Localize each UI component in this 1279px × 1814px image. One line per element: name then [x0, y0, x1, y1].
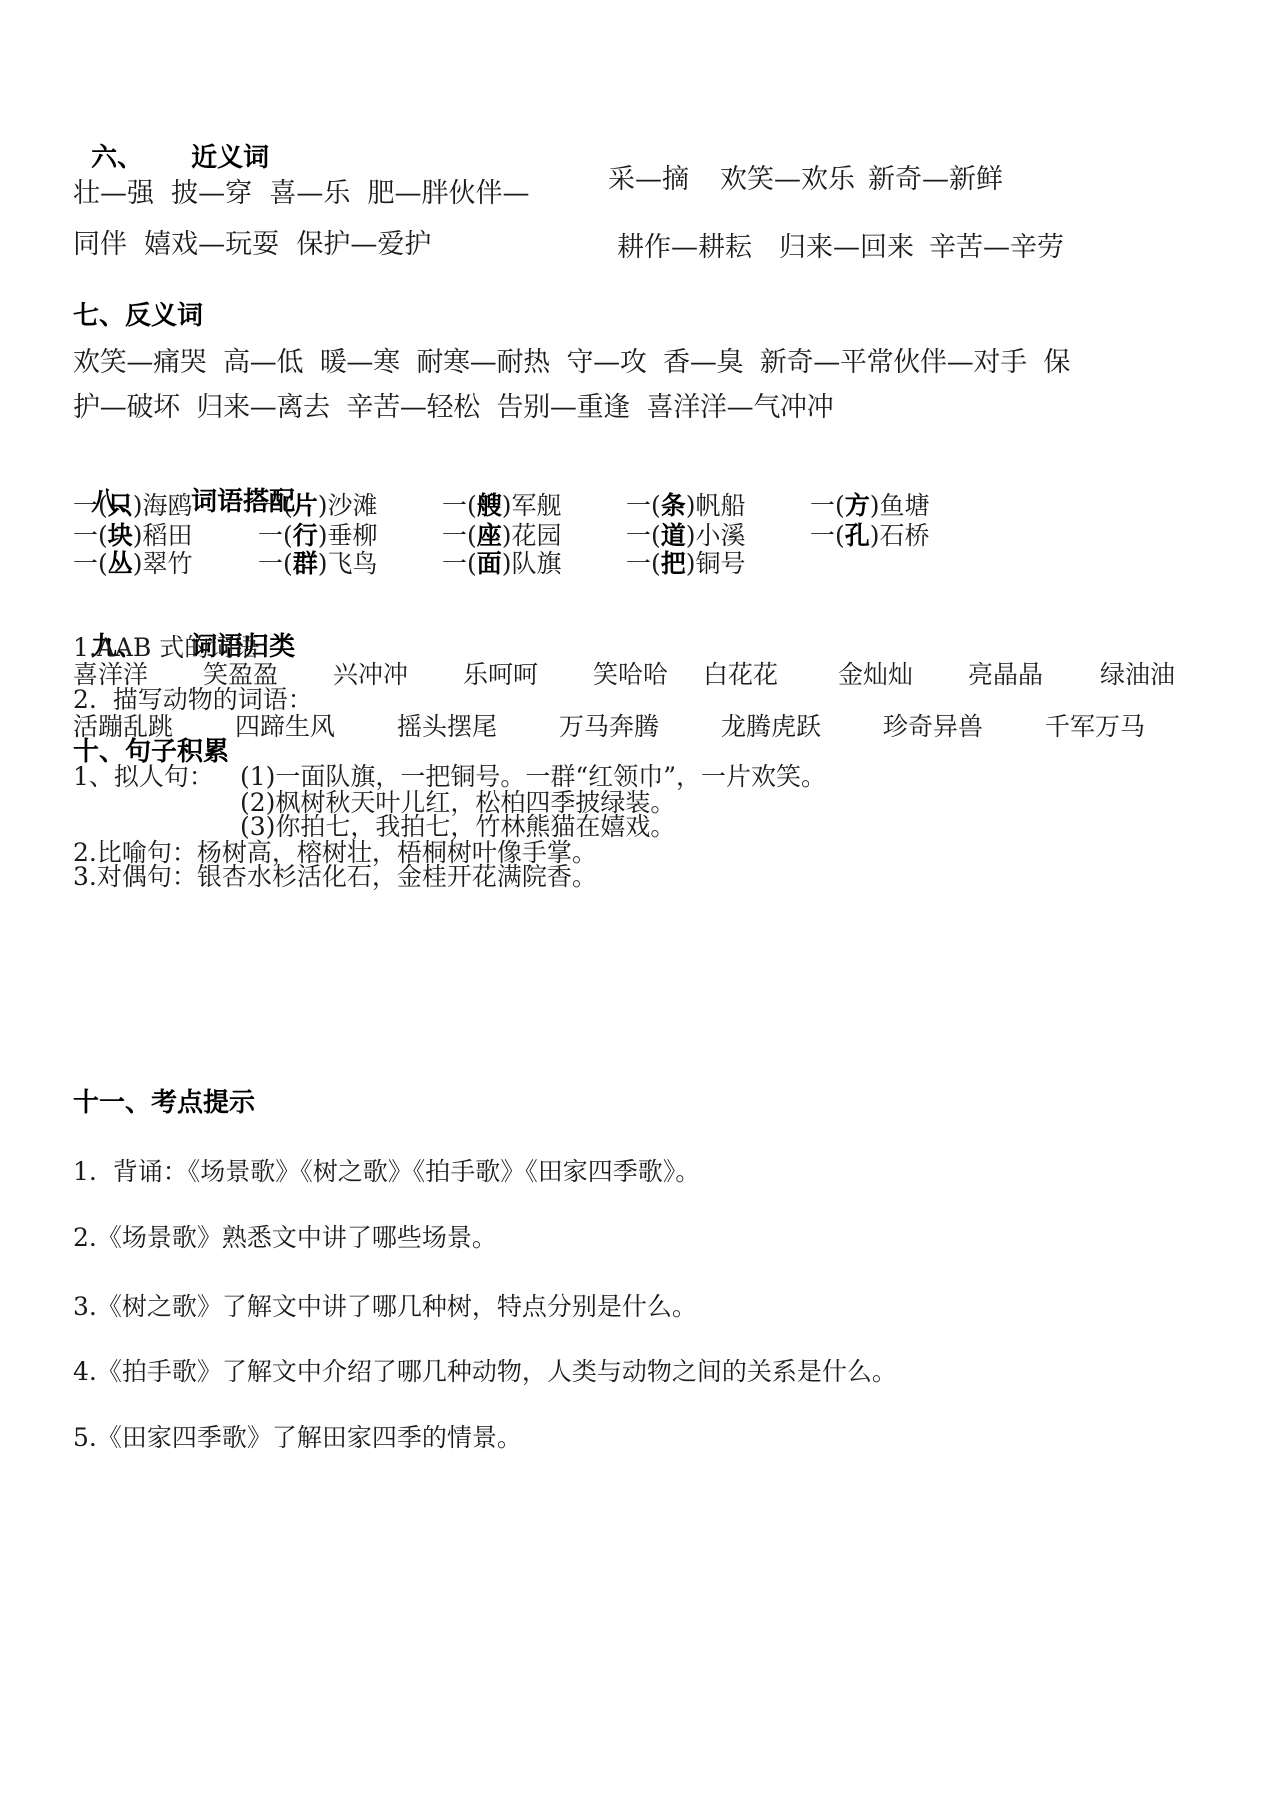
measure-word: 面: [477, 549, 502, 578]
personification-label: 1、拟人句：: [73, 764, 214, 789]
animal-word: 千军万马: [1045, 714, 1145, 739]
aab-word: 笑哈哈: [593, 662, 668, 687]
measure-word: 只: [108, 491, 133, 520]
personification-3: (3)你拍七，我拍七，竹林熊猫在嬉戏。: [240, 814, 675, 839]
phrase-prefix: 一(: [442, 521, 477, 550]
phrase-prefix: 一(: [258, 521, 293, 550]
phrase-prefix: 一(: [258, 549, 293, 578]
measure-word-phrase: 一(行)垂柳: [258, 523, 378, 548]
noun: )铜号: [686, 549, 746, 578]
aab-word: 绿油油: [1100, 662, 1175, 687]
measure-word: 行: [293, 521, 318, 550]
measure-word-phrase: 一(座)花园: [442, 523, 562, 548]
animal-word: 龙腾虎跃: [721, 714, 821, 739]
aab-word: 金灿灿: [838, 662, 913, 687]
animal-word: 活蹦乱跳: [73, 714, 173, 739]
measure-word: 座: [477, 521, 502, 550]
noun: )翠竹: [133, 549, 193, 578]
noun: )小溪: [686, 521, 746, 550]
animal-word: 摇头摆尾: [397, 714, 497, 739]
synonym-right-2b: 归来—回来: [779, 234, 914, 261]
measure-word: 片: [293, 491, 318, 520]
aab-word: 喜洋洋: [73, 662, 148, 687]
noun: )鱼塘: [870, 491, 930, 520]
aab-word: 兴冲冲: [333, 662, 408, 687]
phrase-prefix: 一(: [810, 491, 845, 520]
measure-word: 道: [661, 521, 686, 550]
exam-tip-3: 3.《树之歌》了解文中讲了哪几种树，特点分别是什么。: [73, 1294, 697, 1319]
synonym-right-1a: 采—摘: [608, 166, 689, 193]
animal-word: 珍奇异兽: [883, 714, 983, 739]
section-6-number: 六、: [91, 143, 143, 173]
noun: )垂柳: [318, 521, 378, 550]
phrase-prefix: 一(: [442, 491, 477, 520]
personification-1: (1)一面队旗，一把铜号。一群“红领巾”，一片欢笑。: [240, 764, 826, 789]
synonym-right-2c: 辛苦—辛劳: [929, 234, 1064, 261]
animal-word: 四蹄生风: [235, 714, 335, 739]
antonym-line-2: 护—破坏 归来—离去 辛苦—轻松 告别—重逢 喜洋洋—气冲冲: [73, 394, 833, 421]
noun: )军舰: [502, 491, 562, 520]
measure-word: 艘: [477, 491, 502, 520]
noun: )帆船: [686, 491, 746, 520]
exam-tip-4: 4.《拍手歌》了解文中介绍了哪几种动物，人类与动物之间的关系是什么。: [73, 1359, 897, 1384]
phrase-prefix: 一(: [626, 549, 661, 578]
measure-word-phrase: 一(片)沙滩: [258, 493, 378, 518]
section-6-title: 近义词: [191, 143, 269, 173]
exam-tip-1: 1. 背诵：《场景歌》《树之歌》《拍手歌》《田家四季歌》。: [73, 1159, 700, 1184]
aab-word: 笑盈盈: [203, 662, 278, 687]
noun: )花园: [502, 521, 562, 550]
measure-word-phrase: 一(道)小溪: [626, 523, 746, 548]
synonym-line-1: 壮—强 披—穿 喜—乐 肥—胖伙伴—: [73, 180, 530, 207]
phrase-prefix: 一(: [626, 521, 661, 550]
measure-word-phrase: 一(群)飞鸟: [258, 551, 378, 576]
noun: )沙滩: [318, 491, 378, 520]
measure-word-phrase: 一(把)铜号: [626, 551, 746, 576]
noun: )稻田: [133, 521, 193, 550]
noun: )队旗: [502, 549, 562, 578]
phrase-prefix: 一(: [626, 491, 661, 520]
measure-word-phrase: 一(方)鱼塘: [810, 493, 930, 518]
measure-word: 块: [108, 521, 133, 550]
phrase-prefix: 一(: [73, 549, 108, 578]
exam-tip-5: 5.《田家四季歌》了解田家四季的情景。: [73, 1425, 522, 1450]
aab-word: 乐呵呵: [463, 662, 538, 687]
synonym-right-2a: 耕作—耕耘: [617, 234, 752, 261]
exam-tip-2: 2.《场景歌》熟悉文中讲了哪些场景。: [73, 1225, 497, 1250]
measure-word-phrase: 一(丛)翠竹: [73, 551, 193, 576]
aab-word: 白花花: [703, 662, 778, 687]
antonym-line-1: 欢笑—痛哭 高—低 暖—寒 耐寒—耐热 守—攻 香—臭 新奇—平常伙伴—对手 保: [73, 349, 1070, 376]
aab-subheading: 1.AAB 式的词语：: [73, 635, 284, 660]
measure-word-phrase: 一(面)队旗: [442, 551, 562, 576]
phrase-prefix: 一(: [73, 491, 108, 520]
phrase-prefix: 一(: [442, 549, 477, 578]
measure-word: 方: [845, 491, 870, 520]
animal-word: 万马奔腾: [559, 714, 659, 739]
aab-word: 亮晶晶: [968, 662, 1043, 687]
measure-word: 群: [293, 549, 318, 578]
noun: )海鸥: [133, 491, 193, 520]
phrase-prefix: 一(: [810, 521, 845, 550]
antithesis-sentence: 3.对偶句：银杏水杉活化石，金桂开花满院香。: [73, 864, 597, 889]
measure-word-phrase: 一(块)稻田: [73, 523, 193, 548]
noun: )石桥: [870, 521, 930, 550]
synonym-right-1b: 欢笑—欢乐: [720, 166, 855, 193]
section-11-heading: 十一、考点提示: [73, 1090, 255, 1116]
measure-word: 丛: [108, 549, 133, 578]
phrase-prefix: 一(: [258, 491, 293, 520]
synonym-line-2: 同伴 嬉戏—玩耍 保护—爱护: [73, 231, 431, 258]
section-6-heading: 六、近义词: [73, 119, 269, 171]
phrase-prefix: 一(: [73, 521, 108, 550]
measure-word-phrase: 一(只)海鸥: [73, 493, 193, 518]
measure-word-phrase: 一(孔)石桥: [810, 523, 930, 548]
synonym-right-1c: 新奇—新鲜: [868, 166, 1003, 193]
measure-word-phrase: 一(条)帆船: [626, 493, 746, 518]
measure-word: 条: [661, 491, 686, 520]
measure-word-phrase: 一(艘)军舰: [442, 493, 562, 518]
noun: )飞鸟: [318, 549, 378, 578]
measure-word: 孔: [845, 521, 870, 550]
section-7-heading: 七、反义词: [73, 303, 203, 329]
measure-word: 把: [661, 549, 686, 578]
animal-words-subheading: 2. 描写动物的词语：: [73, 687, 313, 712]
